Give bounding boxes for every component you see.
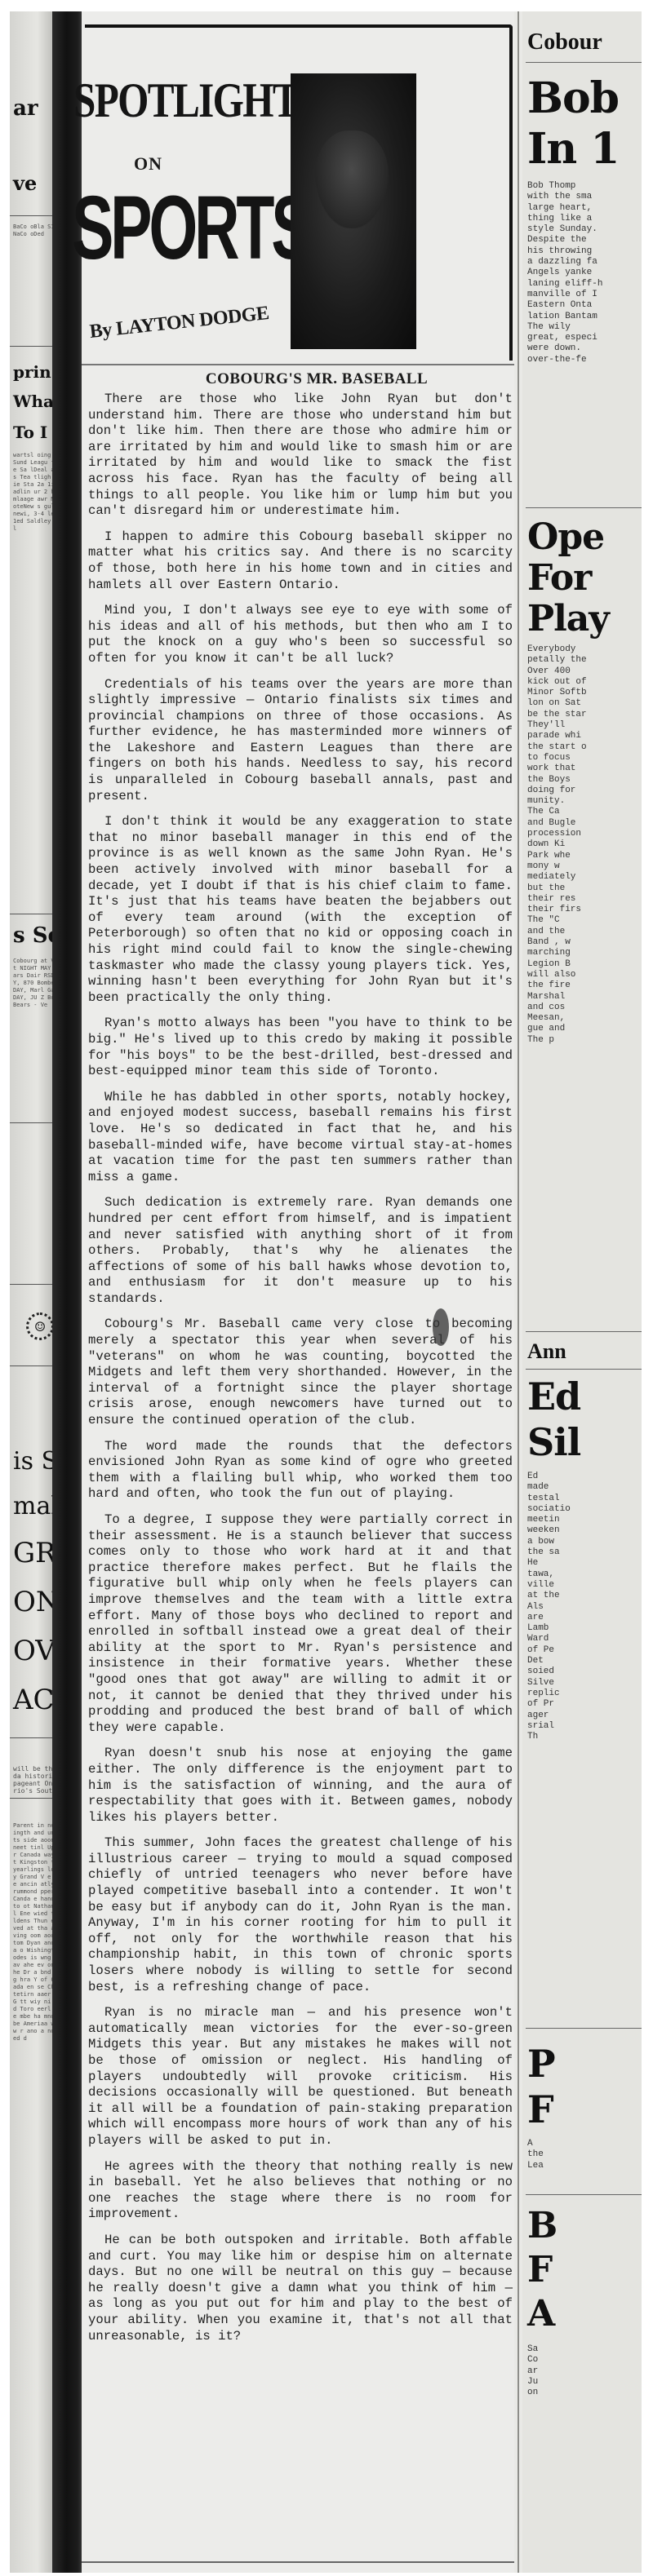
story3-headline: Ed <box>527 1375 580 1418</box>
left-fragment: ACATI <box>13 1684 56 1716</box>
story3-kicker: Ann <box>527 1339 566 1364</box>
article-paragraph: Ryan's motto always has been "you have t… <box>88 1016 513 1079</box>
left-small-text: wartsl oing se Sund Leagu file Sa lDeal … <box>13 452 56 835</box>
column-title-spotlight: SPOTLIGHT <box>73 75 298 126</box>
story2-headline: Play <box>527 599 609 640</box>
bottom-divider <box>82 2561 514 2563</box>
story3-headline: Sil <box>527 1421 580 1463</box>
spotlight-on-sports-column: SPOTLIGHT ON SPORTS By LAYTON DODGE COBO… <box>82 11 514 2573</box>
sun-logo-icon: ☺ <box>26 1312 54 1340</box>
article-paragraph: Ryan is no miracle man — and his presenc… <box>88 2005 513 2149</box>
story4-headline: P <box>527 2043 555 2085</box>
story5-headline: B <box>527 2206 557 2246</box>
left-small-text: Parent in nee ingth and uni ts side aoon… <box>13 1822 56 2540</box>
left-fragment: Wha <box>13 392 54 411</box>
left-fragment: ve <box>13 171 37 195</box>
columnist-portrait <box>291 73 416 349</box>
story2-headline: For <box>527 558 591 599</box>
article-paragraph: The word made the rounds that the defect… <box>88 1439 513 1503</box>
article-paragraph: While he has dabbled in other sports, no… <box>88 1090 513 1186</box>
left-fragment: GREAT <box>13 1537 56 1569</box>
section-label: Cobour <box>527 29 602 55</box>
story5-headline: F <box>527 2250 552 2291</box>
left-fragment: is Sum <box>13 1447 56 1476</box>
article-paragraph: He agrees with the theory that nothing r… <box>88 2159 513 2223</box>
ink-stain <box>433 1308 449 1346</box>
story4-body: A the Lea <box>527 2139 642 2171</box>
left-fragment: OVENT <box>13 1635 56 1667</box>
story5-headline: A <box>527 2294 554 2335</box>
article-paragraph: Cobourg's Mr. Baseball came very close t… <box>88 1317 513 1428</box>
left-fragment: s Soft <box>13 923 56 948</box>
story5-body: Sa Co ar Ju on <box>527 2344 642 2398</box>
article-paragraph: He can be both outspoken and irritable. … <box>88 2233 513 2344</box>
article-paragraph: Such dedication is extremely rare. Ryan … <box>88 1195 513 1307</box>
article-paragraph: I happen to admire this Cobourg baseball… <box>88 529 513 593</box>
article-paragraph: There are those who like John Ryan but d… <box>88 392 513 520</box>
left-small-text: Cobourg at Vict NIGHT MAY Bears Dair RSD… <box>13 958 56 1104</box>
left-fragment: ar <box>13 96 38 121</box>
column-title-on: ON <box>134 153 162 175</box>
story1-headline: Bob <box>527 75 619 122</box>
byline: By LAYTON DODGE <box>89 303 270 343</box>
story3-body: Ed made testal sociatio meetin weeken a … <box>527 1472 642 1742</box>
story4-headline: F <box>527 2088 553 2131</box>
article: COBOURG'S MR. BASEBALL There are those w… <box>88 370 513 2354</box>
article-body: There are those who like John Ryan but d… <box>88 392 513 2344</box>
portrait-face <box>315 131 389 228</box>
left-small-text: will be the da historic pageant Ontario'… <box>13 1765 56 1806</box>
story2-headline: Ope <box>527 517 604 558</box>
article-paragraph: This summer, John faces the greatest cha… <box>88 1835 513 1995</box>
article-paragraph: Ryan doesn't snub his nose at enjoying t… <box>88 1746 513 1826</box>
left-fragment: To I <box>13 423 47 442</box>
left-fragment: ONTAR <box>13 1586 56 1618</box>
adjacent-column: Cobour Bob In 1 Bob Thomp with the sma l… <box>522 11 642 2573</box>
left-fragment: make it <box>13 1492 56 1520</box>
left-small-text: BaCo oBla SIWa NaCo oDed <box>13 224 56 321</box>
column-header: SPOTLIGHT ON SPORTS By LAYTON DODGE <box>85 24 513 361</box>
column-divider <box>518 11 519 2573</box>
article-paragraph: I don't think it would be any exaggerati… <box>88 814 513 1006</box>
article-paragraph: Credentials of his teams over the years … <box>88 677 513 805</box>
story1-body: Bob Thomp with the sma large heart, thin… <box>527 181 642 365</box>
header-divider <box>82 364 514 365</box>
left-fragment: prin <box>13 362 51 382</box>
story1-headline: In 1 <box>527 126 619 173</box>
article-heading: COBOURG'S MR. BASEBALL <box>121 370 513 388</box>
article-paragraph: Mind you, I don't always see eye to eye … <box>88 603 513 666</box>
story2-body: Everybody petally the Over 400 kick out … <box>527 644 642 1046</box>
article-paragraph: To a degree, I suppose they were partial… <box>88 1512 513 1736</box>
column-title-sports: SPORTS <box>72 179 309 277</box>
adjacent-page-strip: ar ve BaCo oBla SIWa NaCo oDed prin Wha … <box>10 11 56 2573</box>
